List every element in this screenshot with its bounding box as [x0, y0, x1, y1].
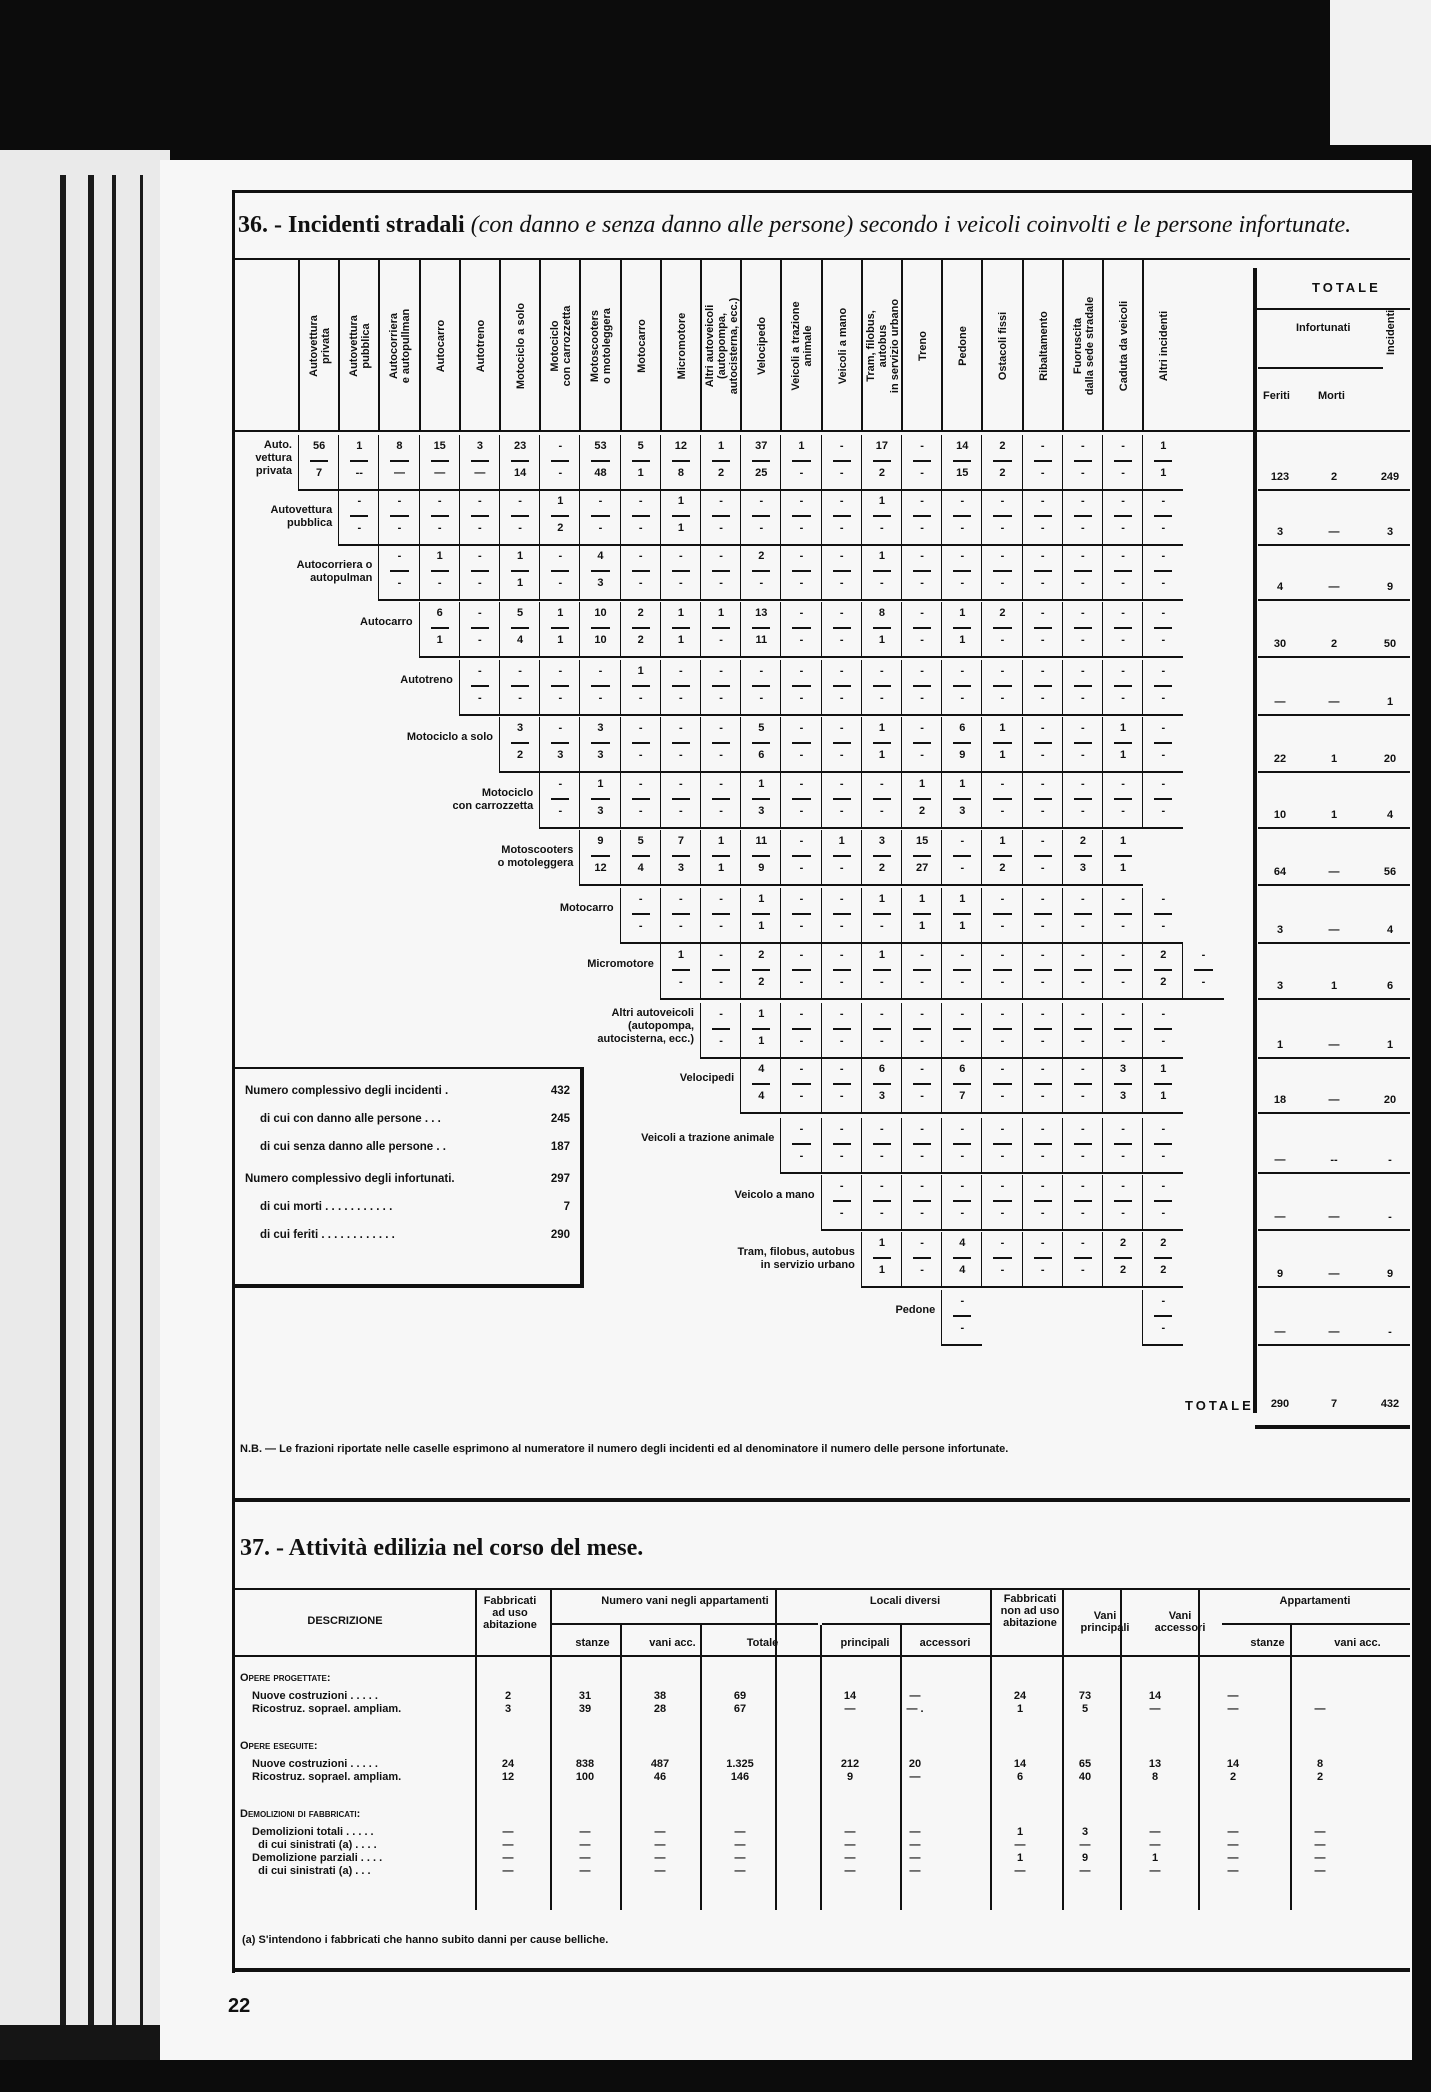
cell-value: —	[630, 1865, 690, 1878]
column-header: Altri autoveicoli (autopompa, autocister…	[700, 260, 742, 432]
numerator: 1	[902, 778, 942, 790]
total-feriti: 10	[1258, 809, 1302, 821]
numerator: -	[661, 665, 701, 677]
fraction-bar	[1154, 627, 1172, 629]
column-header-label: Ribaltamento	[1038, 311, 1050, 381]
cell-value: —	[710, 1865, 770, 1878]
fraction-bar	[672, 627, 690, 629]
denominator: -	[1063, 1264, 1103, 1276]
denominator: 1	[862, 1264, 902, 1276]
column-header-label: Tram, filobus, autobus in servizio urban…	[865, 299, 901, 393]
numerator: -	[1183, 949, 1223, 961]
numerator: -	[942, 495, 982, 507]
fraction-bar	[672, 742, 690, 744]
denominator: -	[822, 920, 862, 932]
numerator: -	[1063, 1237, 1103, 1249]
fraction-cell: --	[660, 717, 701, 773]
denominator: -	[862, 1207, 902, 1219]
fraction-cell: 12	[700, 435, 741, 491]
fraction-cell: 33	[579, 717, 620, 773]
row-label: Nuove costruzioni . . . . .	[252, 1758, 378, 1771]
cell-value: 100	[555, 1771, 615, 1784]
fraction-cell: 69	[941, 717, 982, 773]
numerator: -	[1143, 1123, 1183, 1135]
denominator: -	[862, 805, 902, 817]
fraction-cell: 43	[579, 545, 620, 601]
fraction-bar	[591, 460, 609, 462]
infortunati-rule	[1258, 367, 1383, 369]
total-morti: —	[1312, 866, 1356, 878]
fraction-bar	[993, 798, 1011, 800]
fraction-cell: --	[539, 773, 580, 829]
denominator: -	[822, 749, 862, 761]
cell-value: 1	[990, 1852, 1050, 1865]
column-header-label: Motociclo con carrozzetta	[549, 306, 573, 387]
fraction-cell: --	[901, 1003, 942, 1059]
fraction-bar	[993, 1200, 1011, 1202]
fraction-bar	[551, 742, 569, 744]
fraction-cell: --	[1142, 1118, 1183, 1174]
numerator: 3	[460, 440, 500, 452]
fraction-cell: 11	[740, 1003, 781, 1059]
column-header: Motoscooters o motoleggera	[579, 260, 621, 432]
total-row-rule	[1258, 1229, 1410, 1231]
cell-value: 5	[1055, 1703, 1115, 1716]
denominator: -	[781, 805, 821, 817]
denominator: -	[1063, 1150, 1103, 1162]
fraction-cell: --	[1142, 545, 1183, 601]
column-header-label: Autocarro	[435, 320, 447, 373]
fraction-bar	[390, 570, 408, 572]
fraction-cell: --	[660, 545, 701, 601]
summary-value: 432	[551, 1085, 570, 1097]
fraction-bar	[792, 515, 810, 517]
fraction-cell: --	[338, 490, 379, 546]
fraction-cell: 44	[941, 1232, 982, 1288]
fraction-bar	[833, 570, 851, 572]
cell-value: —	[1203, 1826, 1263, 1839]
fraction-bar	[873, 1083, 891, 1085]
denominator: -	[1023, 1150, 1063, 1162]
fraction-bar	[792, 1028, 810, 1030]
fraction-cell: --	[1062, 1118, 1103, 1174]
denominator: -	[661, 749, 701, 761]
fraction-cell: --	[459, 602, 500, 658]
section-title: Demolizioni di fabbricati:	[240, 1808, 360, 1821]
total-row-rule	[1258, 1112, 1410, 1114]
fraction-cell: --	[981, 545, 1022, 601]
fraction-cell: --	[700, 545, 741, 601]
denominator: 27	[902, 862, 942, 874]
cell-value: — .	[885, 1703, 945, 1716]
total-row-rule	[1258, 1286, 1410, 1288]
fraction-cell: --	[1022, 773, 1063, 829]
fraction-cell: 12	[901, 773, 942, 829]
fraction-cell: 1-	[620, 660, 661, 716]
fraction-cell: 1527	[901, 830, 942, 886]
fraction-cell: 1-	[861, 888, 902, 944]
fraction-cell: --	[579, 490, 620, 546]
fraction-bar	[752, 1028, 770, 1030]
numerator: 4	[942, 1237, 982, 1249]
header-app-vani-acc: vani acc.	[1315, 1637, 1400, 1649]
row-label: Autovettura pubblica	[270, 504, 332, 530]
denominator: -	[1063, 920, 1103, 932]
fraction-cell: 22	[981, 435, 1022, 491]
denominator: -	[781, 976, 821, 988]
numerator: 12	[661, 440, 701, 452]
fraction-cell: --	[620, 773, 661, 829]
numerator: 1	[540, 495, 580, 507]
numerator: -	[621, 778, 661, 790]
fraction-cell: 1-	[419, 545, 460, 601]
fraction-cell: --	[459, 545, 500, 601]
fraction-bar	[833, 515, 851, 517]
denominator: -	[862, 1150, 902, 1162]
numerator: -	[1143, 778, 1183, 790]
denominator: -	[661, 577, 701, 589]
fraction-cell: 11	[861, 717, 902, 773]
fraction-cell: --	[780, 888, 821, 944]
denominator: -	[982, 522, 1022, 534]
fraction-bar	[913, 1028, 931, 1030]
fraction-bar	[953, 1257, 971, 1259]
column-header: Autotreno	[459, 260, 501, 432]
fraction-bar	[1074, 515, 1092, 517]
fraction-bar	[913, 1083, 931, 1085]
fraction-cell: --	[740, 490, 781, 546]
fraction-cell: 567	[298, 435, 339, 491]
numerator: 3	[500, 722, 540, 734]
denominator: 9	[741, 862, 781, 874]
fraction-bar	[1154, 742, 1172, 744]
fraction-cell: --	[1022, 1003, 1063, 1059]
fraction-bar	[1034, 1200, 1052, 1202]
fraction-bar	[752, 913, 770, 915]
denominator: -	[1103, 577, 1143, 589]
fraction-cell: 11	[660, 602, 701, 658]
fraction-bar	[471, 570, 489, 572]
denominator: -	[1103, 634, 1143, 646]
denominator: -	[540, 805, 580, 817]
numerator: 2	[1103, 1237, 1143, 1249]
fraction-bar	[350, 515, 368, 517]
fraction-cell: 1-	[821, 830, 862, 886]
fraction-cell: --	[941, 660, 982, 716]
total-incidenti: -	[1368, 1154, 1412, 1166]
denominator: -	[1063, 634, 1103, 646]
denominator: -	[942, 1322, 982, 1334]
denominator: -	[1063, 976, 1103, 988]
total-incidenti: 9	[1368, 581, 1412, 593]
numerator: -	[1063, 1180, 1103, 1192]
fraction-bar	[993, 570, 1011, 572]
denominator: -	[1063, 467, 1103, 479]
fraction-cell: --	[780, 773, 821, 829]
fraction-cell: --	[378, 545, 419, 601]
fraction-bar	[913, 969, 931, 971]
numerator: -	[781, 1123, 821, 1135]
page-edge-line	[88, 175, 94, 2055]
row-label: Auto. vettura privata	[255, 439, 292, 478]
denominator: -	[1023, 577, 1063, 589]
fraction-bar	[792, 855, 810, 857]
denominator: 2	[862, 467, 902, 479]
numerator: -	[862, 665, 902, 677]
fraction-bar	[712, 460, 730, 462]
fraction-bar	[953, 1315, 971, 1317]
numerator: -	[1063, 607, 1103, 619]
numerator: -	[379, 495, 419, 507]
fraction-bar	[471, 460, 489, 462]
numerator: -	[1103, 778, 1143, 790]
fraction-bar	[873, 798, 891, 800]
row-label: Demolizioni totali . . . . .	[252, 1826, 374, 1839]
fraction-cell: --	[1102, 1118, 1143, 1174]
fraction-cell: 912	[579, 830, 620, 886]
denominator: -	[862, 577, 902, 589]
summary-text: di cui feriti . . . . . . . . . . . .	[260, 1229, 395, 1241]
fraction-cell: --	[821, 545, 862, 601]
numerator: 1	[661, 607, 701, 619]
numerator: 1	[862, 1237, 902, 1249]
total-incidenti: -	[1368, 1211, 1412, 1223]
fraction-bar	[1114, 855, 1132, 857]
fraction-cell: --	[459, 660, 500, 716]
cell-value: 24	[478, 1758, 538, 1771]
cell-value: —	[555, 1826, 615, 1839]
denominator: -	[701, 920, 741, 932]
summary-value: 290	[551, 1229, 570, 1241]
fraction-cell: 11	[1102, 717, 1143, 773]
total-row-rule	[1258, 489, 1410, 491]
numerator: 8	[379, 440, 419, 452]
fraction-cell: --	[780, 545, 821, 601]
numerator: 1	[741, 893, 781, 905]
fraction-cell: --	[620, 888, 661, 944]
fraction-bar	[993, 627, 1011, 629]
fraction-cell: --	[1142, 1003, 1183, 1059]
column-header: Micromotore	[660, 260, 702, 432]
numerator: -	[500, 665, 540, 677]
denominator: -	[902, 1207, 942, 1219]
numerator: -	[781, 949, 821, 961]
numerator: 2	[1063, 835, 1103, 847]
fraction-bar	[672, 798, 690, 800]
cell-value: 3	[1055, 1826, 1115, 1839]
numerator: -	[1103, 893, 1143, 905]
fraction-bar	[833, 1028, 851, 1030]
denominator: -	[822, 805, 862, 817]
fraction-bar	[1034, 460, 1052, 462]
fraction-cell: --	[941, 545, 982, 601]
fraction-cell: --	[1102, 602, 1143, 658]
numerator: -	[339, 495, 379, 507]
denominator: —	[460, 467, 500, 479]
fraction-cell: --	[1102, 660, 1143, 716]
cell-value: 8	[1125, 1771, 1185, 1784]
fraction-cell: --	[499, 490, 540, 546]
numerator: -	[942, 1180, 982, 1192]
cell-value: 13	[1125, 1758, 1185, 1771]
denominator: 8	[661, 467, 701, 479]
fraction-bar	[712, 742, 730, 744]
column-header-label: Caduta da veicoli	[1118, 301, 1130, 391]
fraction-bar	[833, 627, 851, 629]
numerator: 1	[540, 607, 580, 619]
fraction-bar	[672, 685, 690, 687]
fraction-bar	[672, 460, 690, 462]
fraction-bar	[873, 1143, 891, 1145]
fraction-bar	[1114, 1143, 1132, 1145]
total-morti: 2	[1312, 638, 1356, 650]
column-divider	[475, 1590, 477, 1910]
cell-value: —	[1125, 1826, 1185, 1839]
fraction-cell: 15—	[419, 435, 460, 491]
denominator: -	[379, 577, 419, 589]
denominator: -	[1103, 467, 1143, 479]
column-divider	[1120, 1590, 1122, 1910]
fraction-bar	[873, 460, 891, 462]
fraction-bar	[1114, 685, 1132, 687]
numerator: -	[902, 550, 942, 562]
numerator: 1	[982, 835, 1022, 847]
numerator: -	[822, 440, 862, 452]
numerator: 5	[621, 835, 661, 847]
denominator: 2	[1143, 976, 1183, 988]
numerator: 14	[942, 440, 982, 452]
numerator: -	[621, 722, 661, 734]
denominator: -	[1023, 1264, 1063, 1276]
fraction-bar	[752, 570, 770, 572]
denominator: 1	[942, 634, 982, 646]
numerator: -	[580, 665, 620, 677]
numerator: -	[701, 778, 741, 790]
header-vani-principali: Vani principali	[1070, 1610, 1140, 1634]
fraction-cell: 8—	[378, 435, 419, 491]
fraction-cell: --	[1102, 545, 1143, 601]
cell-value: —	[1055, 1865, 1115, 1878]
denominator: -	[1143, 1322, 1183, 1334]
fraction-cell: --	[1062, 435, 1103, 491]
fraction-bar	[471, 685, 489, 687]
denominator: -	[661, 805, 701, 817]
table36-title-subtitle: (con danno e senza danno alle persone) s…	[471, 212, 1351, 238]
denominator: -	[822, 577, 862, 589]
denominator: 2	[701, 467, 741, 479]
fraction-cell: --	[861, 773, 902, 829]
column-header-label: Motoscooters o motoleggera	[589, 308, 613, 384]
cell-value: —	[990, 1865, 1050, 1878]
fraction-cell: 128	[660, 435, 701, 491]
fraction-cell: 2314	[499, 435, 540, 491]
column-header: Tram, filobus, autobus in servizio urban…	[861, 260, 903, 432]
fraction-cell: 11	[941, 888, 982, 944]
numerator: -	[540, 722, 580, 734]
denominator: 1	[1143, 467, 1183, 479]
scan-dark-border-bottom	[0, 2060, 1431, 2092]
total-feriti: —	[1258, 1154, 1302, 1166]
fraction-cell: 11	[740, 888, 781, 944]
fraction-cell: --	[901, 602, 942, 658]
denominator: -	[942, 577, 982, 589]
fraction-cell: 1010	[579, 602, 620, 658]
fraction-cell: --	[620, 545, 661, 601]
numerator: 6	[420, 607, 460, 619]
header-fabbricati-non-abitazione: Fabbricati non ad uso abitazione	[995, 1593, 1065, 1629]
fraction-bar	[632, 627, 650, 629]
fraction-bar	[591, 742, 609, 744]
denominator: -	[1103, 1207, 1143, 1219]
numerator: 10	[580, 607, 620, 619]
denominator: -	[1143, 1150, 1183, 1162]
numerator: 1	[661, 949, 701, 961]
fraction-bar	[632, 460, 650, 462]
summary-text: di cui con danno alle persone . . .	[260, 1113, 441, 1125]
numerator: -	[781, 835, 821, 847]
fraction-bar	[591, 570, 609, 572]
row-label: Ricostruz. soprael. ampliam.	[252, 1771, 401, 1784]
total-row-rule	[1258, 884, 1410, 886]
column-header: Autovettura pubblica	[338, 260, 380, 432]
column-header-label: Autocorriera e autopullman	[388, 309, 412, 384]
fraction-cell: 11	[700, 830, 741, 886]
fraction-cell: --	[1062, 490, 1103, 546]
fraction-bar	[792, 1083, 810, 1085]
fraction-cell: 12	[539, 490, 580, 546]
fraction-cell: --	[1022, 660, 1063, 716]
cell-value: 2	[1290, 1771, 1350, 1784]
fraction-cell: --	[821, 660, 862, 716]
fraction-bar	[873, 742, 891, 744]
fraction-cell: 22	[620, 602, 661, 658]
total-morti: —	[1312, 696, 1356, 708]
fraction-cell: --	[1022, 602, 1063, 658]
numerator: -	[822, 778, 862, 790]
denominator: —	[379, 467, 419, 479]
fraction-cell: 81	[861, 602, 902, 658]
fraction-cell: 54	[499, 602, 540, 658]
numerator: -	[781, 665, 821, 677]
numerator: 3	[580, 722, 620, 734]
column-header: Fuoruscita dalla sede stradale	[1062, 260, 1104, 432]
fraction-bar	[1074, 627, 1092, 629]
fraction-bar	[712, 969, 730, 971]
cell-value: 487	[630, 1758, 690, 1771]
fraction-cell: --	[539, 660, 580, 716]
cell-value: —	[710, 1826, 770, 1839]
numerator: 1	[339, 440, 379, 452]
row-label: Motociclo a solo	[407, 731, 493, 744]
fraction-cell: --	[620, 717, 661, 773]
numerator: -	[902, 1237, 942, 1249]
cell-value: —	[885, 1839, 945, 1852]
fraction-bar	[551, 460, 569, 462]
numerator: -	[1143, 1180, 1183, 1192]
fraction-cell: 44	[740, 1058, 781, 1114]
fraction-bar	[792, 1143, 810, 1145]
numerator: -	[460, 607, 500, 619]
denominator: -	[1143, 749, 1183, 761]
summary-value: 7	[564, 1201, 570, 1213]
denominator: -	[1143, 577, 1183, 589]
denominator: —	[420, 467, 460, 479]
denominator: -	[982, 692, 1022, 704]
fraction-cell: 2-	[981, 602, 1022, 658]
fraction-bar	[1034, 969, 1052, 971]
summary-text: di cui morti . . . . . . . . . . .	[260, 1201, 392, 1213]
total-morti: 1	[1312, 809, 1356, 821]
